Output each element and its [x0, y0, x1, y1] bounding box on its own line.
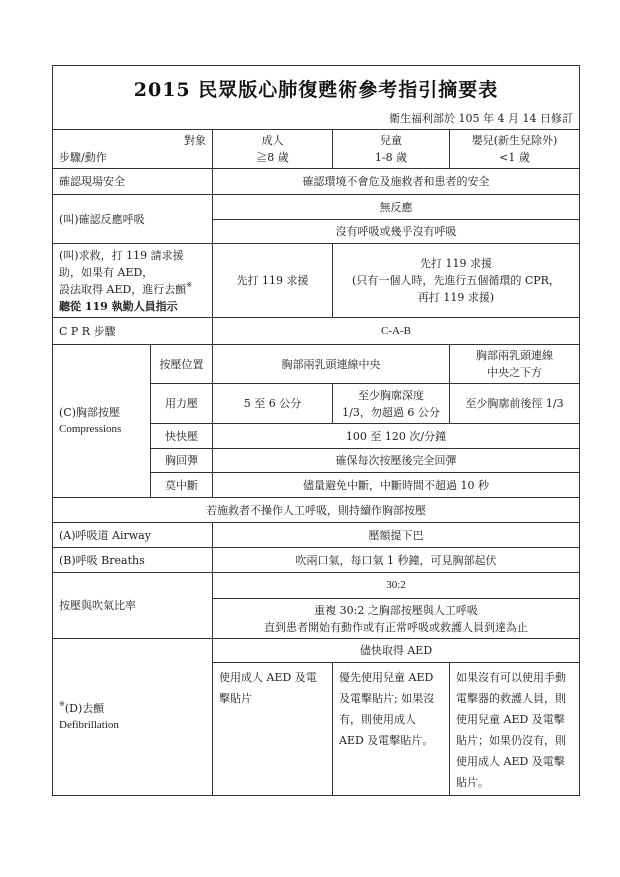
- row-value: 壓額提下巴: [213, 523, 580, 548]
- sub-label: 胸回彈: [151, 449, 213, 473]
- table-row-compression-position: (C)胸部按壓 Compressions 按壓位置 胸部兩乳頭連線中央 胸部兩乳…: [53, 345, 580, 384]
- adult-value: 使用成人 AED 及電擊貼片: [213, 663, 333, 796]
- row-value: C-A-B: [213, 318, 580, 345]
- table-row-defibrillation-header: ※(D)去顫 Defibrillation 儘快取得 AED: [53, 639, 580, 663]
- table-row-scene-safety: 確認現場安全 確認環境不會危及施救者和患者的安全: [53, 169, 580, 195]
- adult-child-value: 胸部兩乳頭連線中央: [213, 345, 450, 384]
- row-value: 沒有呼吸或幾乎沒有呼吸: [213, 220, 580, 244]
- row-value: 吹兩口氣，每口氣 1 秒鐘，可見胸部起伏: [213, 548, 580, 573]
- row-label: 確認現場安全: [53, 169, 213, 195]
- table-row-ratio: 按壓與吹氣比率 30:2: [53, 573, 580, 599]
- row-label: (叫)求救，打 119 請求援 助，如果有 AED， 設法取得 AED，進行去顫…: [53, 244, 213, 318]
- header-infant-age: <1 歲: [456, 149, 573, 166]
- label-zh-text: (D)去顫: [65, 702, 104, 715]
- ratio-value: 30:2: [213, 573, 580, 599]
- header-adult-name: 成人: [219, 132, 326, 149]
- value-line: (只有一個人時，先進行五個循環的 CPR，: [339, 272, 573, 289]
- header-child-name: 兒童: [339, 132, 443, 149]
- adult-value: 先打 119 求援: [213, 244, 333, 318]
- header-object-label: 對象: [59, 132, 206, 149]
- label-en: Defibrillation: [59, 717, 206, 734]
- row-value: 確認環境不會危及施救者和患者的安全: [213, 169, 580, 195]
- header-child-age: 1-8 歲: [339, 149, 443, 166]
- defib-header-value: 儘快取得 AED: [213, 639, 580, 663]
- cpr-guideline-table: 2015 民眾版心肺復甦術參考指引摘要表 衛生福利部於 105 年 4 月 14…: [52, 65, 580, 796]
- label-bold-line: 聽從 119 執勤人員指示: [59, 298, 206, 315]
- infant-value: 如果沒有可以使用手動電擊器的救護人員，則使用兒童 AED 及電擊貼片；如果仍沒有…: [450, 663, 580, 796]
- sub-label: 用力壓: [151, 384, 213, 424]
- note-mark: ※: [186, 281, 192, 289]
- value-line: 胸部兩乳頭連線: [456, 347, 573, 364]
- value-line: 先打 119 求援: [339, 255, 573, 272]
- header-infant-name: 嬰兒(新生兒除外): [456, 132, 573, 149]
- label-zh: ※(D)去顫: [59, 700, 206, 717]
- table-row-breaths: (B)呼吸 Breaths 吹兩口氣，每口氣 1 秒鐘，可見胸部起伏: [53, 548, 580, 573]
- label-zh: (C)胸部按壓: [59, 404, 144, 421]
- child-value: 優先使用兒童 AED 及電擊貼片; 如果沒有，則使用成人 AED 及電擊貼片。: [333, 663, 450, 796]
- all-value: 確保每次按壓後完全回彈: [213, 449, 580, 473]
- table-header-row: 對象 步驟/動作 成人 ≧8 歲 兒童 1-8 歲 嬰兒(新生兒除外) <1 歲: [53, 130, 580, 169]
- row-label: 按壓與吹氣比率: [53, 573, 213, 639]
- row-value: 無反應: [213, 195, 580, 220]
- table-row-note: 若施救者不操作人工呼吸，則持續作胸部按壓: [53, 498, 580, 523]
- table-row-call-119: (叫)求救，打 119 請求援 助，如果有 AED， 設法取得 AED，進行去顫…: [53, 244, 580, 318]
- value-line: 再打 119 求援): [339, 289, 573, 306]
- sub-label: 按壓位置: [151, 345, 213, 384]
- label-line: 設法取得 AED，進行去顫※: [59, 281, 206, 298]
- value-line: 直到患者開始有動作或有正常呼吸或救護人員到達為止: [219, 619, 573, 636]
- ratio-detail: 重複 30:2 之胸部按壓與人工呼吸 直到患者開始有動作或有正常呼吸或救護人員到…: [213, 599, 580, 639]
- header-child: 兒童 1-8 歲: [333, 130, 450, 169]
- label-line: 助，如果有 AED，: [59, 264, 206, 281]
- header-step-label: 步驟/動作: [59, 149, 206, 166]
- sub-label: 快快壓: [151, 424, 213, 449]
- value-line: 重複 30:2 之胸部按壓與人工呼吸: [219, 602, 573, 619]
- header-infant: 嬰兒(新生兒除外) <1 歲: [450, 130, 580, 169]
- note-text: 若施救者不操作人工呼吸，則持續作胸部按壓: [53, 498, 580, 523]
- table-row-cpr-steps: C P R 步驟 C-A-B: [53, 318, 580, 345]
- infant-value: 至少胸廓前後徑 1/3: [450, 384, 580, 424]
- label-line: (叫)求救，打 119 請求援: [59, 247, 206, 264]
- label-line-text: 設法取得 AED，進行去顫: [59, 283, 186, 296]
- document-page: 2015 民眾版心肺復甦術參考指引摘要表 衛生福利部於 105 年 4 月 14…: [0, 0, 620, 877]
- infant-value: 胸部兩乳頭連線 中央之下方: [450, 345, 580, 384]
- value-line: 1/3，勿超過 6 公分: [339, 404, 443, 421]
- row-label: C P R 步驟: [53, 318, 213, 345]
- defibrillation-label: ※(D)去顫 Defibrillation: [53, 639, 213, 796]
- page-title: 2015 民眾版心肺復甦術參考指引摘要表: [53, 66, 580, 111]
- child-value: 至少胸廓深度 1/3，勿超過 6 公分: [333, 384, 450, 424]
- all-value: 100 至 120 次/分鐘: [213, 424, 580, 449]
- value-line: 中央之下方: [456, 364, 573, 381]
- table-row-airway: (A)呼吸道 Airway 壓額提下巴: [53, 523, 580, 548]
- revision-date: 衛生福利部於 105 年 4 月 14 日修訂: [53, 110, 580, 130]
- all-value: 儘量避免中斷，中斷時間不超過 10 秒: [213, 473, 580, 498]
- label-en: Compressions: [59, 421, 144, 438]
- child-infant-value: 先打 119 求援 (只有一個人時，先進行五個循環的 CPR， 再打 119 求…: [333, 244, 580, 318]
- adult-value: 5 至 6 公分: [213, 384, 333, 424]
- header-adult-age: ≧8 歲: [219, 149, 326, 166]
- value-line: 至少胸廓深度: [339, 387, 443, 404]
- header-adult: 成人 ≧8 歲: [213, 130, 333, 169]
- sub-label: 莫中斷: [151, 473, 213, 498]
- header-corner-cell: 對象 步驟/動作: [53, 130, 213, 169]
- row-label: (叫)確認反應呼吸: [53, 195, 213, 244]
- row-label: (B)呼吸 Breaths: [53, 548, 213, 573]
- row-label: (A)呼吸道 Airway: [53, 523, 213, 548]
- table-row-check-response: (叫)確認反應呼吸 無反應: [53, 195, 580, 220]
- compressions-label: (C)胸部按壓 Compressions: [53, 345, 151, 498]
